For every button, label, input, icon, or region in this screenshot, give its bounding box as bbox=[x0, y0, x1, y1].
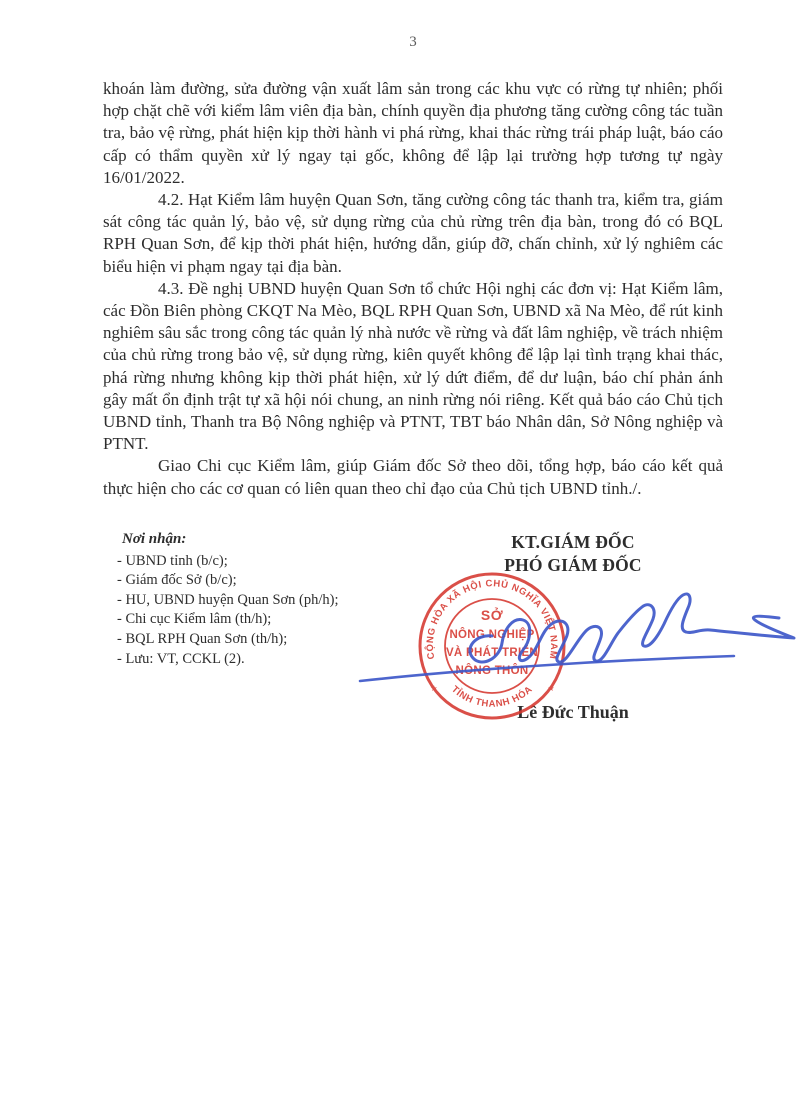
recipient-item: - BQL RPH Quan Sơn (th/h); bbox=[117, 630, 417, 650]
stamp-outer-ring bbox=[420, 574, 564, 718]
recipient-item: - Giám đốc Sở (b/c); bbox=[117, 571, 417, 591]
official-stamp: CỘNG HÒA XÃ HỘI CHỦ NGHĨA VIỆT NAM TỈNH … bbox=[420, 574, 564, 718]
recipient-item: - UBND tỉnh (b/c); bbox=[117, 552, 417, 572]
paragraph-4-2: 4.2. Hạt Kiểm lâm huyện Quan Sơn, tăng c… bbox=[103, 189, 723, 278]
stamp-center-line2: NÔNG NGHIỆP bbox=[449, 628, 534, 641]
paragraph-assignment: Giao Chi cục Kiểm lâm, giúp Giám đốc Sở … bbox=[103, 455, 723, 499]
signoff-block: KT.GIÁM ĐỐC PHÓ GIÁM ĐỐC bbox=[433, 531, 713, 577]
stamp-center-line3: VÀ PHÁT TRIỂN bbox=[446, 646, 538, 659]
signoff-title-kt: KT.GIÁM ĐỐC bbox=[433, 531, 713, 554]
recipients-block: Nơi nhận: - UBND tỉnh (b/c); - Giám đốc … bbox=[117, 530, 417, 669]
stamp-ring-text-top: CỘNG HÒA XÃ HỘI CHỦ NGHĨA VIỆT NAM bbox=[424, 578, 559, 660]
recipient-item: - Lưu: VT, CCKL (2). bbox=[117, 650, 417, 670]
signature-ink bbox=[360, 594, 794, 681]
signature-stroke-main bbox=[470, 594, 794, 662]
document-body: khoán làm đường, sửa đường vận xuất lâm … bbox=[103, 78, 723, 500]
signoff-title-deputy: PHÓ GIÁM ĐỐC bbox=[433, 554, 713, 577]
page-number: 3 bbox=[103, 34, 723, 51]
document-page: 3 khoán làm đường, sửa đường vận xuất lâ… bbox=[0, 0, 800, 1119]
stamp-center-line4: NÔNG THÔN bbox=[456, 664, 529, 677]
signer-name: Lê Đức Thuận bbox=[433, 702, 713, 723]
stamp-inner-ring bbox=[445, 599, 539, 693]
star-icon: ★ bbox=[430, 684, 437, 693]
paragraph-4-3: 4.3. Đề nghị UBND huyện Quan Sơn tổ chức… bbox=[103, 278, 723, 456]
recipient-item: - Chi cục Kiểm lâm (th/h); bbox=[117, 610, 417, 630]
recipient-item: - HU, UBND huyện Quan Sơn (ph/h); bbox=[117, 591, 417, 611]
star-icon: ★ bbox=[547, 684, 554, 693]
stamp-center-line1: SỞ bbox=[481, 606, 503, 623]
paragraph-continuation: khoán làm đường, sửa đường vận xuất lâm … bbox=[103, 78, 723, 189]
recipients-label: Nơi nhận: bbox=[122, 530, 417, 550]
